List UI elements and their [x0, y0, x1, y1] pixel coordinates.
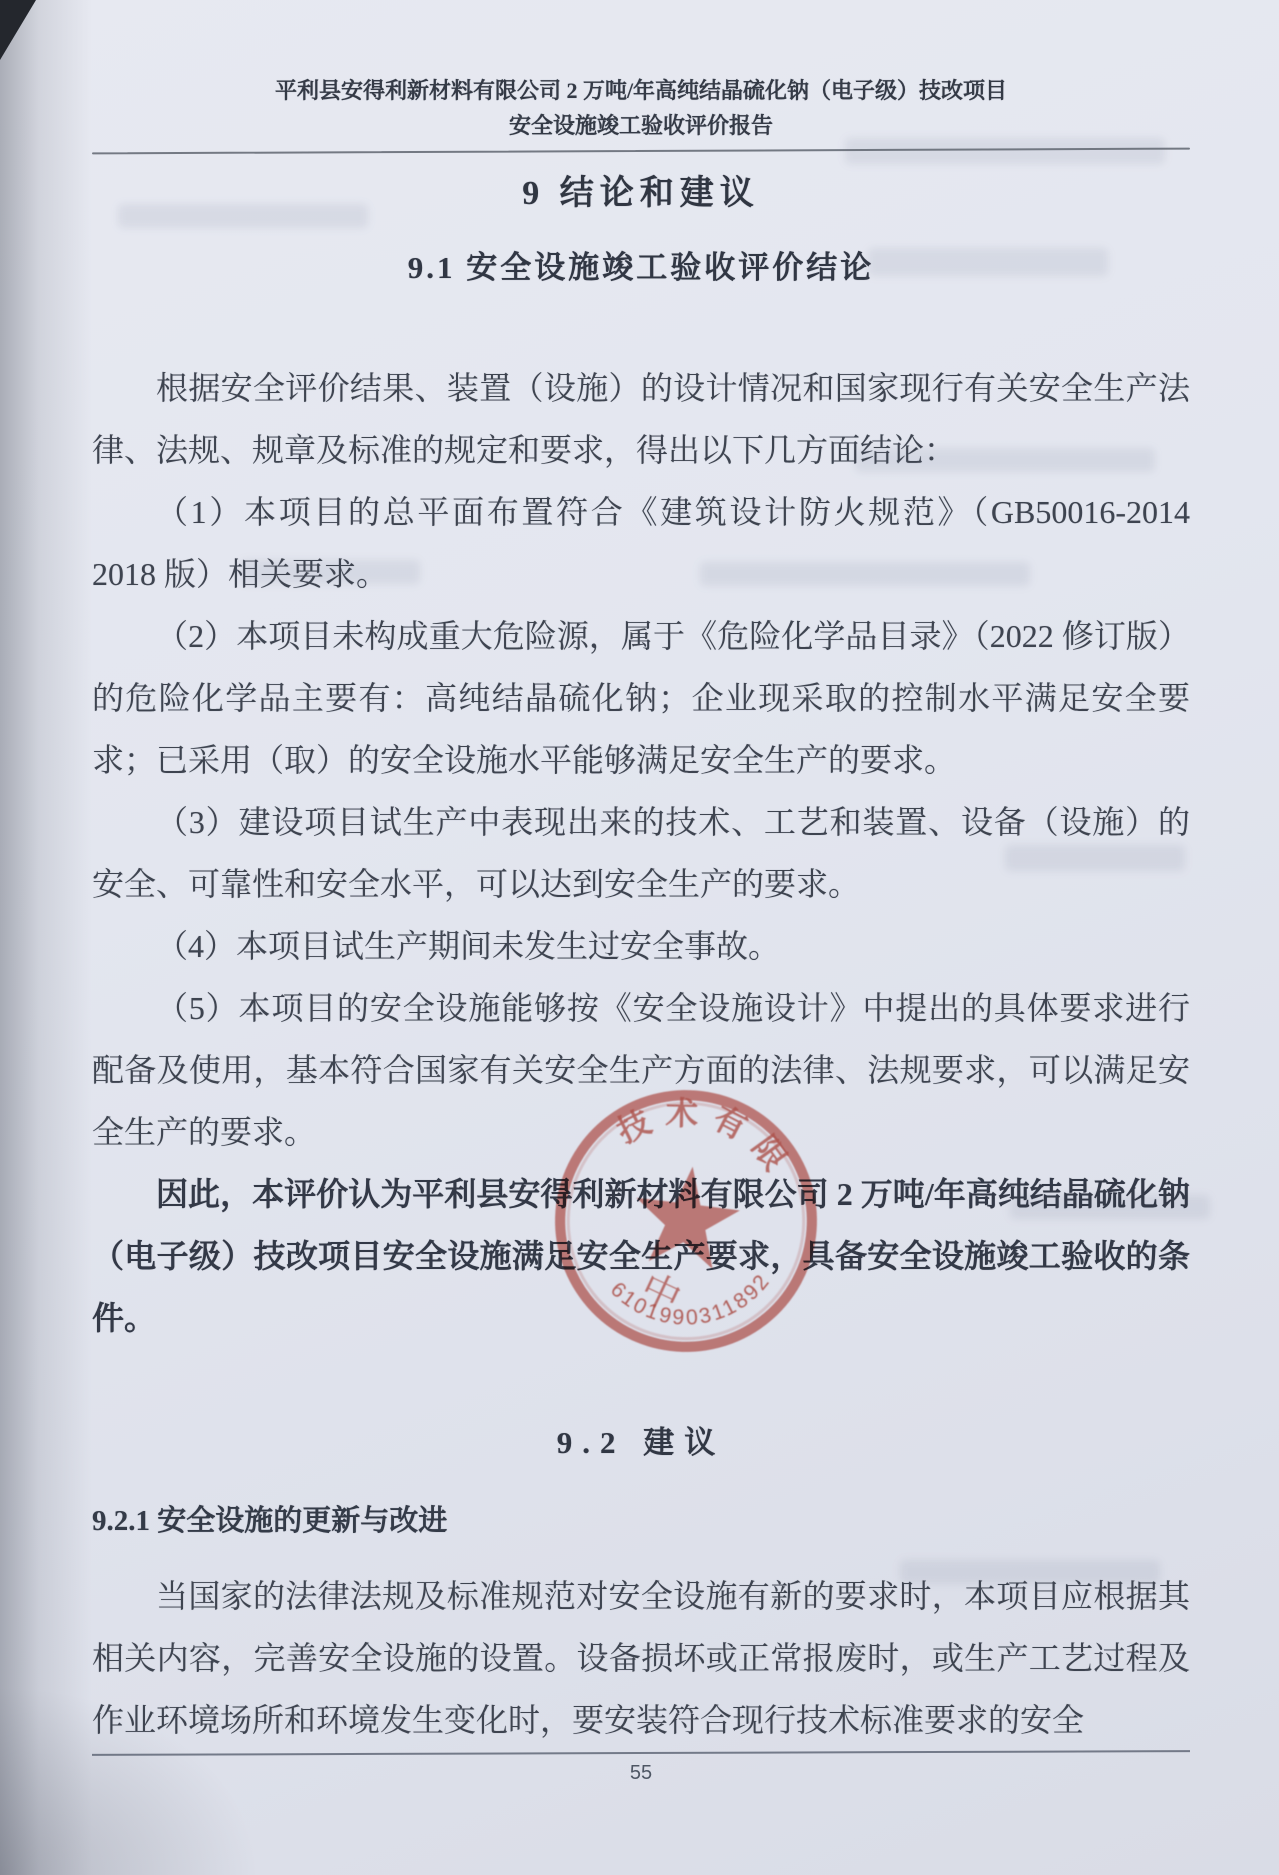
conclusion-item-3: （3）建设项目试生产中表现出来的技术、工艺和装置、设备（设施）的安全、可靠性和安… — [92, 791, 1190, 915]
conclusion-item-1: （1）本项目的总平面布置符合《建筑设计防火规范》（GB50016-2014 20… — [92, 481, 1190, 605]
subsection-9-2-1-title: 9.2.1 安全设施的更新与改进 — [92, 1498, 1190, 1539]
section-9-2-title: 9.2 建议 — [92, 1417, 1190, 1462]
report-header-line2: 安全设施竣工验收评价报告 — [92, 111, 1190, 140]
report-header-line1: 平利县安得利新材料有限公司 2 万吨/年高纯结晶硫化钠（电子级）技改项目 — [92, 76, 1190, 105]
chapter-title: 9 结论和建议 — [92, 165, 1190, 214]
section-9-1-title: 9.1 安全设施竣工验收评价结论 — [92, 242, 1190, 287]
company-seal-stamp: 技术有限 中 6101990311892 — [534, 1069, 837, 1372]
header-rule — [92, 148, 1190, 155]
subsection-9-2-1-paragraph: 当国家的法律法规及标准规范对安全设施有新的要求时，本项目应根据其相关内容，完善安… — [92, 1565, 1190, 1751]
page-number: 55 — [92, 1762, 1190, 1785]
conclusion-item-2: （2）本项目未构成重大危险源，属于《危险化学品目录》（2022 修订版）的危险化… — [92, 605, 1190, 791]
report-header: 平利县安得利新材料有限公司 2 万吨/年高纯结晶硫化钠（电子级）技改项目 安全设… — [92, 0, 1190, 152]
scanned-document-page: 平利县安得利新材料有限公司 2 万吨/年高纯结晶硫化钠（电子级）技改项目 安全设… — [0, 0, 1279, 1875]
conclusion-item-4: （4）本项目试生产期间未发生过安全事故。 — [92, 915, 1190, 977]
star-icon — [629, 1160, 745, 1271]
intro-paragraph: 根据安全评价结果、装置（设施）的设计情况和国家现行有关安全生产法律、法规、规章及… — [92, 357, 1190, 481]
page-content: 平利县安得利新材料有限公司 2 万吨/年高纯结晶硫化钠（电子级）技改项目 安全设… — [92, 0, 1190, 1751]
page-left-edge-shadow — [0, 0, 92, 1875]
